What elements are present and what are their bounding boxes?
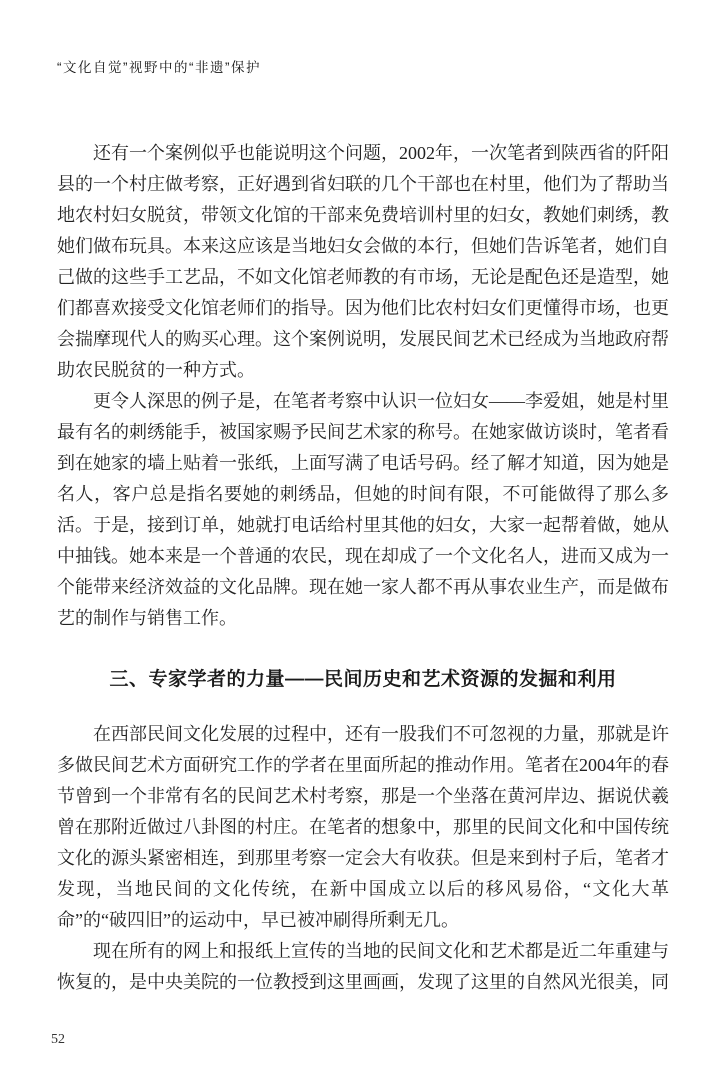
paragraph: 现在所有的网上和报纸上宣传的当地的民间文化和艺术都是近二年重建与恢复的，是中央美… <box>57 936 669 998</box>
section-heading: 三、专家学者的力量——民间历史和艺术资源的发掘和利用 <box>57 664 669 695</box>
paragraph: 在西部民间文化发展的过程中，还有一股我们不可忽视的力量，那就是许多做民间艺术方面… <box>57 719 669 936</box>
page-body: 还有一个案例似乎也能说明这个问题，2002年，一次笔者到陕西省的阡阳县的一个村庄… <box>57 138 669 998</box>
paragraph: 还有一个案例似乎也能说明这个问题，2002年，一次笔者到陕西省的阡阳县的一个村庄… <box>57 138 669 386</box>
paragraph: 更令人深思的例子是，在笔者考察中认识一位妇女——李爱姐，她是村里最有名的刺绣能手… <box>57 386 669 634</box>
page-number: 52 <box>51 1032 65 1048</box>
running-header: “文化自觉”视野中的“非遗”保护 <box>57 56 261 76</box>
book-page: “文化自觉”视野中的“非遗”保护 还有一个案例似乎也能说明这个问题，2002年，… <box>0 0 722 1079</box>
